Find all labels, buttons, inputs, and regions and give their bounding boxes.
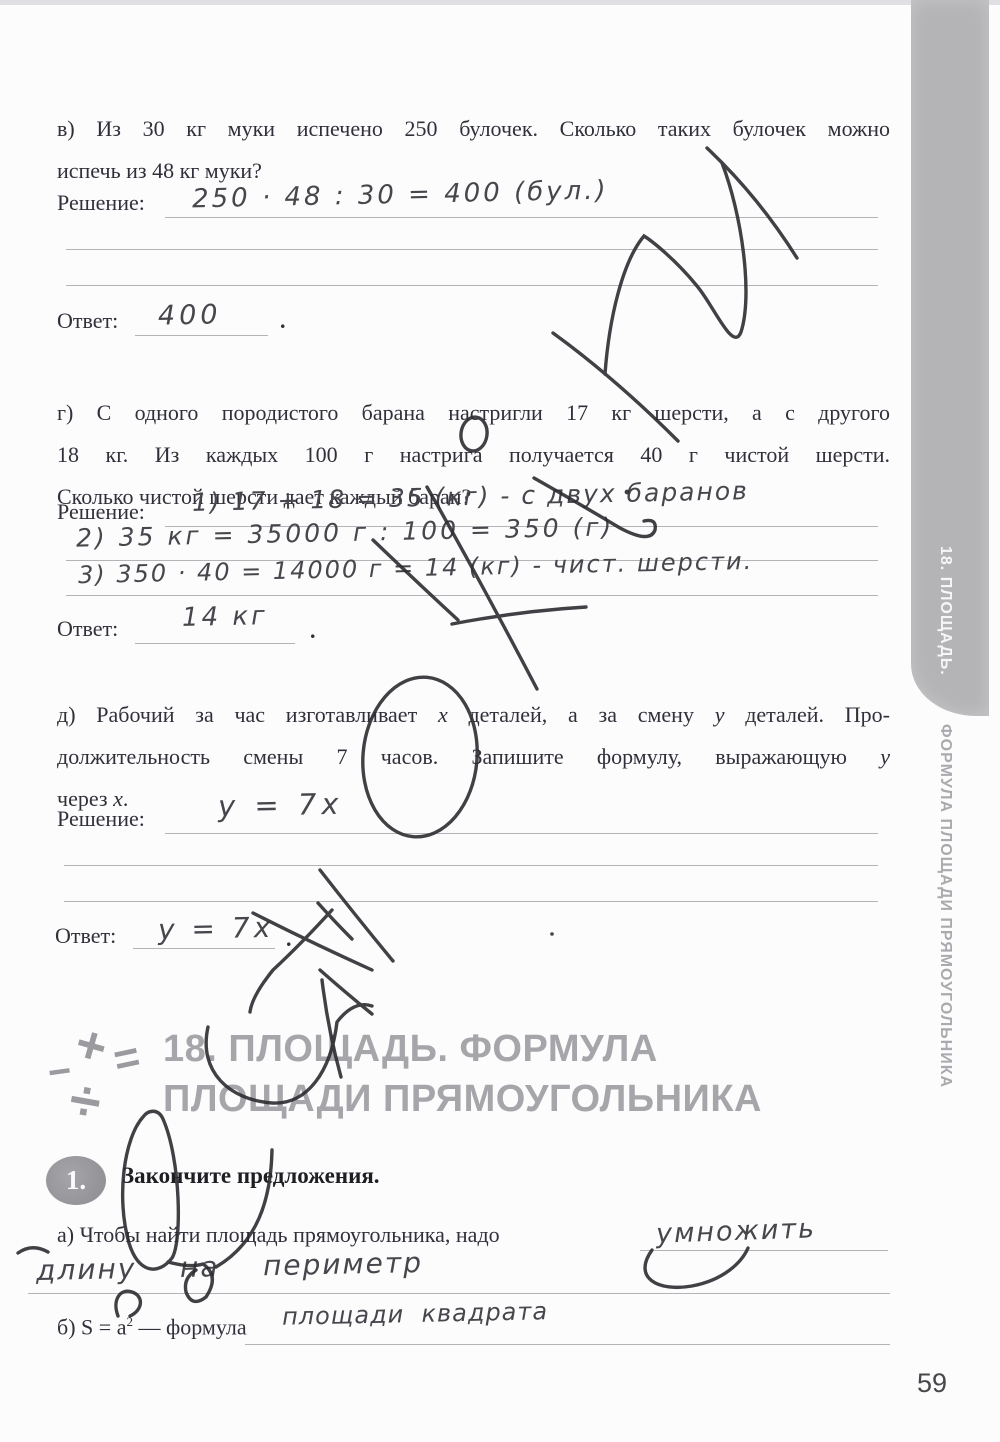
handwritten-a2: длину на периметр <box>36 1246 424 1287</box>
scribble-stroke <box>318 903 352 939</box>
var-a: a <box>117 1314 127 1339</box>
solution-line-d <box>165 833 878 834</box>
handwritten-answer-d: y = 7x <box>158 911 275 946</box>
handwritten-a1: умножить <box>656 1213 817 1250</box>
period: . <box>310 618 316 644</box>
problem-g-line1: г) С одного породистого барана настригли… <box>57 392 890 434</box>
text: б) <box>57 1314 81 1339</box>
section-title-line2: ПЛОЩАДИ ПРЯМОУГОЛЬНИКА <box>163 1078 762 1121</box>
handwritten-answer-g: 14 кг <box>182 601 268 633</box>
problem-d-line3: через x. <box>57 778 890 820</box>
answer-label-g: Ответ: <box>57 616 118 642</box>
section-title-line1: 18. ПЛОЩАДЬ. ФОРМУЛА <box>163 1028 658 1071</box>
scan-top-edge <box>0 0 1000 5</box>
var-x: x <box>438 702 448 727</box>
problem-v-line1: в) Из 30 кг муки испечено 250 булочек. С… <box>57 108 890 150</box>
chapter-tab-label-continuation: ФОРМУЛА ПЛОЩАДИ ПРЯМОУГОЛЬНИКА <box>936 724 954 1088</box>
text: деталей, а за смену <box>448 702 715 727</box>
var-S: S <box>81 1314 93 1339</box>
workbook-page: в) Из 30 кг муки испечено 250 булочек. С… <box>0 0 1000 1442</box>
answer-label-d: Ответ: <box>55 923 116 949</box>
answer-label-v: Ответ: <box>57 308 118 334</box>
scribble-stroke <box>320 870 393 961</box>
var-y: y <box>880 744 890 769</box>
solution-line-g3 <box>66 595 878 596</box>
fill-line-a2 <box>28 1293 890 1294</box>
exercise-number: 1. <box>66 1165 86 1196</box>
problem-d-line1: д) Рабочий за час изготавливает x детале… <box>57 694 890 736</box>
handwritten-solution-d: y = 7x <box>218 787 344 824</box>
answer-line-v <box>135 335 268 336</box>
exercise-number-badge: 1. <box>46 1156 106 1205</box>
period: . <box>280 308 286 334</box>
blank-line <box>64 901 878 902</box>
scribble-stroke <box>645 1248 748 1287</box>
blank-line <box>66 285 878 286</box>
chapter-tab-label: 18. ПЛОЩАДЬ. <box>936 546 954 676</box>
page-number: 59 <box>917 1368 947 1399</box>
minus-icon: − <box>45 1049 74 1097</box>
exercise-title: Закончите предложения. <box>122 1163 380 1189</box>
blank-line <box>66 249 878 250</box>
exercise-a-text: а) Чтобы найти площадь прямоугольника, н… <box>57 1222 500 1248</box>
solution-label-v: Решение: <box>57 190 145 216</box>
handwritten-solution-g3: 3) 350 · 40 = 14000 г = 14 (кг) - чист. … <box>78 547 754 589</box>
scribble-stroke <box>452 607 586 624</box>
var-y: y <box>715 702 725 727</box>
period: . <box>286 926 292 952</box>
text: = <box>93 1314 116 1339</box>
text: должительность смены 7 часов. Запишите ф… <box>57 744 880 769</box>
solution-label-g: Решение: <box>57 499 145 525</box>
handwritten-answer-v: 400 <box>158 299 222 331</box>
equals-icon: = <box>109 1032 145 1086</box>
pen-dot <box>550 932 554 936</box>
answer-line-g <box>135 643 295 644</box>
solution-line-v <box>165 217 878 218</box>
problem-g-line2: 18 кг. Из каждых 100 г настрига получает… <box>57 434 890 476</box>
exercise-b-text: б) S = a2 — формула <box>57 1314 247 1340</box>
text: — формула <box>133 1314 247 1339</box>
solution-label-d: Решение: <box>57 806 145 832</box>
problem-d-line2: должительность смены 7 часов. Запишите ф… <box>57 736 890 778</box>
fill-line-a1 <box>640 1250 888 1251</box>
blank-line <box>64 865 878 866</box>
scribble-stroke <box>320 970 372 1014</box>
handwritten-b: площади квадрата <box>282 1297 549 1331</box>
fill-line-b <box>245 1344 890 1345</box>
answer-line-d <box>133 948 275 949</box>
text: деталей. Про- <box>724 702 890 727</box>
scribble-stroke <box>18 1248 48 1253</box>
text: д) Рабочий за час изготавливает <box>57 702 438 727</box>
scribble-stroke <box>116 1291 140 1316</box>
scribble-stroke <box>605 163 746 374</box>
handwritten-solution-g2: 2) 35 кг = 35000 г : 100 = 350 (г) <box>76 512 615 552</box>
